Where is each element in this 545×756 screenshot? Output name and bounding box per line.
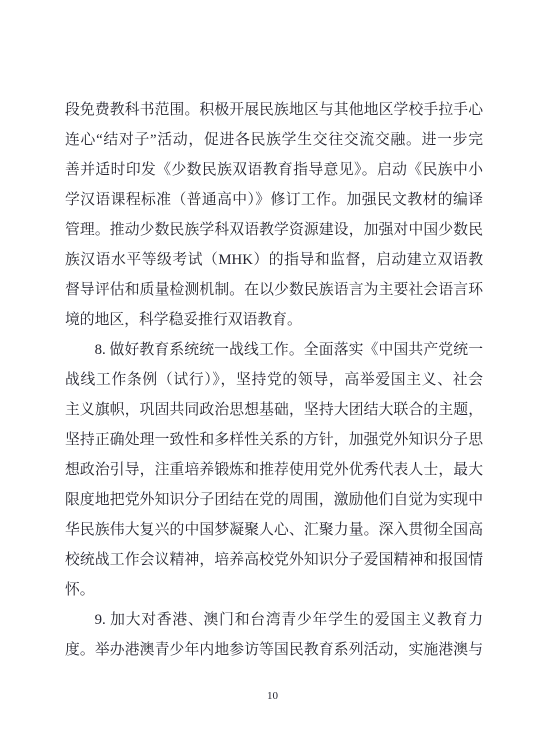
text-line: 限度地把党外知识分子团结在党的周围，激励他们自觉为实现中: [65, 485, 483, 515]
text-line: 度。举办港澳青少年内地参访等国民教育系列活动，实施港澳与: [65, 635, 483, 665]
page-number: 10: [0, 689, 545, 703]
text-line: 主义旗帜，巩固共同政治思想基础，坚持大团结大联合的主题，: [65, 395, 483, 425]
text-line: 坚持正确处理一致性和多样性关系的方针，加强党外知识分子思: [65, 425, 483, 455]
text-line: 战线工作条例（试行）》，坚持党的领导，高举爱国主义、社会: [65, 365, 483, 395]
text-line: 境的地区，科学稳妥推行双语教育。: [65, 305, 483, 335]
text-line: 学汉语课程标准（普通高中）》修订工作。加强民文教材的编译: [65, 185, 483, 215]
text-line: 怀。: [65, 575, 483, 605]
text-line: 督导评估和质量检测机制。在以少数民族语言为主要社会语言环: [65, 275, 483, 305]
text-line: 连心“结对子”活动，促进各民族学生交往交流交融。进一步完: [65, 125, 483, 155]
document-body: 段免费教科书范围。积极开展民族地区与其他地区学校手拉手心 连心“结对子”活动，促…: [65, 95, 483, 665]
text-line: 善并适时印发《少数民族双语教育指导意见》。启动《民族中小: [65, 155, 483, 185]
document-page: 段免费教科书范围。积极开展民族地区与其他地区学校手拉手心 连心“结对子”活动，促…: [0, 0, 545, 756]
text-line: 校统战工作会议精神，培养高校党外知识分子爱国精神和报国情: [65, 545, 483, 575]
text-line: 段免费教科书范围。积极开展民族地区与其他地区学校手拉手心: [65, 95, 483, 125]
text-line: 族汉语水平等级考试（MHK）的指导和监督，启动建立双语教育: [65, 245, 483, 275]
text-line: 想政治引导，注重培养锻炼和推荐使用党外优秀代表人士，最大: [65, 455, 483, 485]
text-line: 华民族伟大复兴的中国梦凝聚人心、汇聚力量。深入贯彻全国高: [65, 515, 483, 545]
text-line-paragraph-9-start: 9. 加大对香港、澳门和台湾青少年学生的爱国主义教育力: [65, 605, 483, 635]
text-line-paragraph-8-start: 8. 做好教育系统统一战线工作。全面落实《中国共产党统一: [65, 335, 483, 365]
text-line: 管理。推动少数民族学科双语教学资源建设，加强对中国少数民: [65, 215, 483, 245]
